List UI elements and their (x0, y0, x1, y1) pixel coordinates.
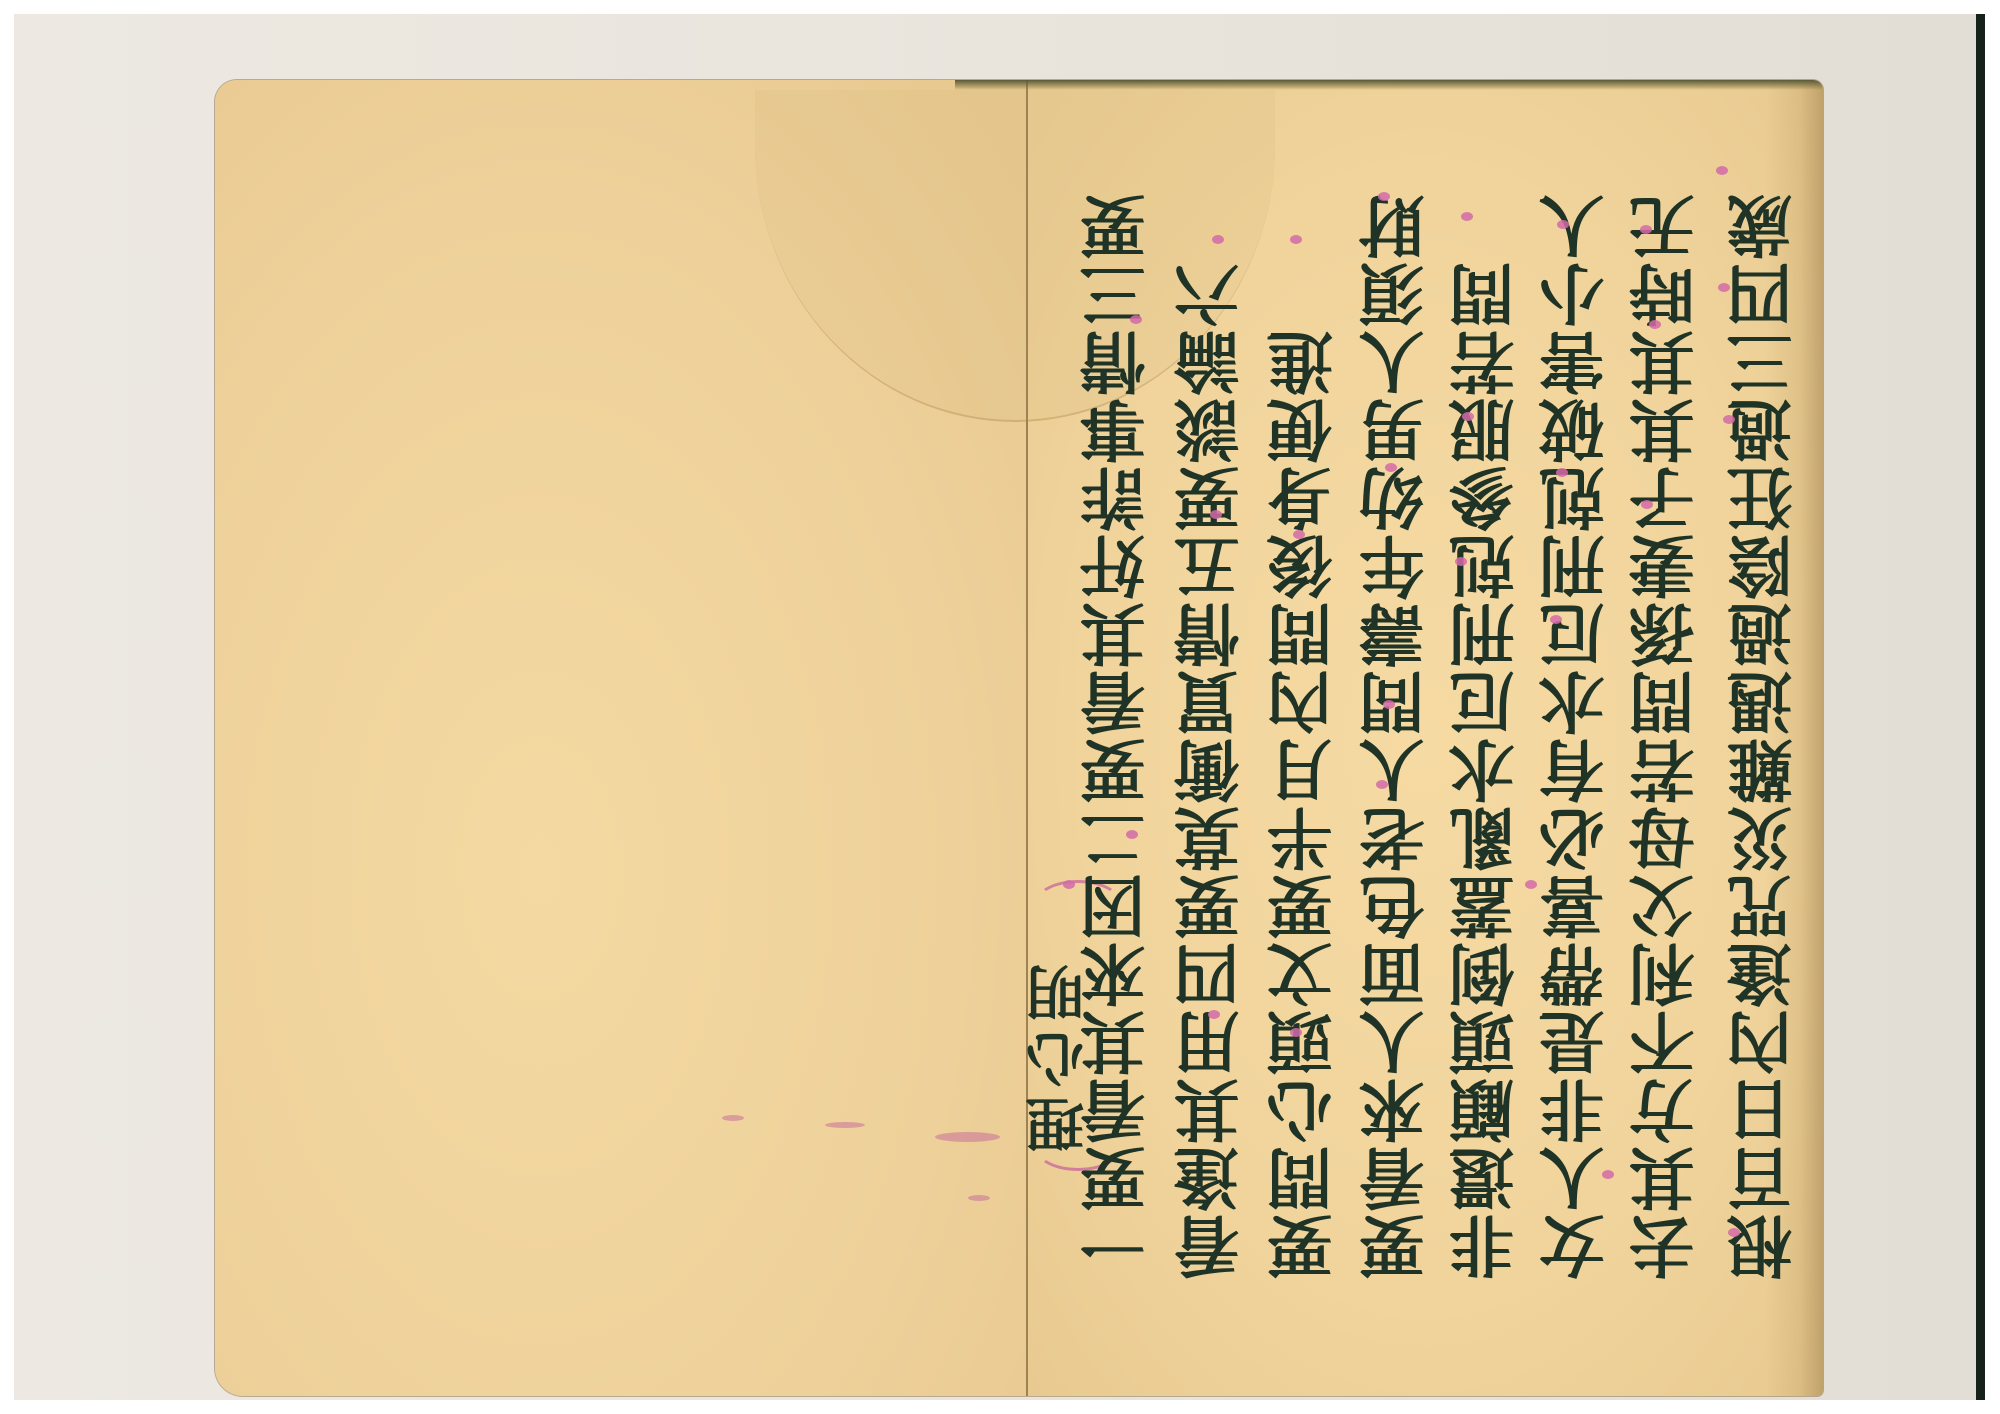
punctuation-dot (1130, 315, 1142, 324)
punctuation-dot (1290, 235, 1302, 244)
punctuation-dot (1728, 1228, 1740, 1237)
punctuation-dot (1208, 1010, 1220, 1019)
punctuation-dot (1723, 415, 1735, 424)
punctuation-dot (1293, 530, 1305, 539)
scanner-edge (1976, 14, 1985, 1400)
punctuation-dot (1525, 880, 1537, 889)
punctuation-dot (1063, 880, 1075, 889)
text-column-8: 根百日內逢咒災難遇過陰狂過三四歲 (1725, 180, 1805, 1280)
punctuation-dot (1212, 235, 1224, 244)
punctuation-dot (1126, 830, 1138, 839)
punctuation-dot (1455, 557, 1467, 566)
punctuation-dot (1641, 500, 1653, 509)
punctuation-dot (1602, 1170, 1614, 1179)
punctuation-dot (1557, 220, 1569, 229)
punctuation-dot (1640, 225, 1652, 234)
text-column-5: 非還顧頭倒蓋亂水厄刑剋參服若問 (1447, 180, 1527, 1280)
text-column-7: 去其方不利父母若問孫妻子其其時无 (1627, 180, 1707, 1280)
book-spine (1026, 80, 1028, 1396)
ink-smudge (722, 1115, 744, 1121)
punctuation-dot (1556, 468, 1568, 477)
ink-smudge (935, 1132, 1000, 1142)
ink-smudge (825, 1122, 865, 1128)
text-column-6: 女人非是帶喜必有水厄刑剋破害小人 (1537, 180, 1617, 1280)
punctuation-dot (1376, 780, 1388, 789)
punctuation-dot (1716, 166, 1728, 175)
punctuation-dot (1550, 615, 1562, 624)
punctuation-dot (1210, 510, 1222, 519)
text-column-1: 一要看其來因二要看其奸詐事情三要 (1078, 180, 1158, 1280)
punctuation-dot (1383, 700, 1395, 709)
punctuation-dot (1718, 283, 1730, 292)
text-column-3: 要問心頭文要半月內問後身便進 (1265, 180, 1345, 1280)
ink-smudge (968, 1195, 990, 1201)
punctuation-dot (1290, 1028, 1302, 1037)
text-column-2: 看逢其用四要莫衝買情五要談論六 (1172, 180, 1252, 1280)
punctuation-dot (1385, 463, 1397, 472)
book-top-edge (955, 80, 1823, 90)
punctuation-dot (1378, 192, 1390, 201)
punctuation-dot (1461, 212, 1473, 221)
punctuation-dot (1462, 412, 1474, 421)
text-column-4: 要看來人面色老人問壽年幼男人須財 (1357, 180, 1437, 1280)
punctuation-dot (1649, 320, 1661, 329)
